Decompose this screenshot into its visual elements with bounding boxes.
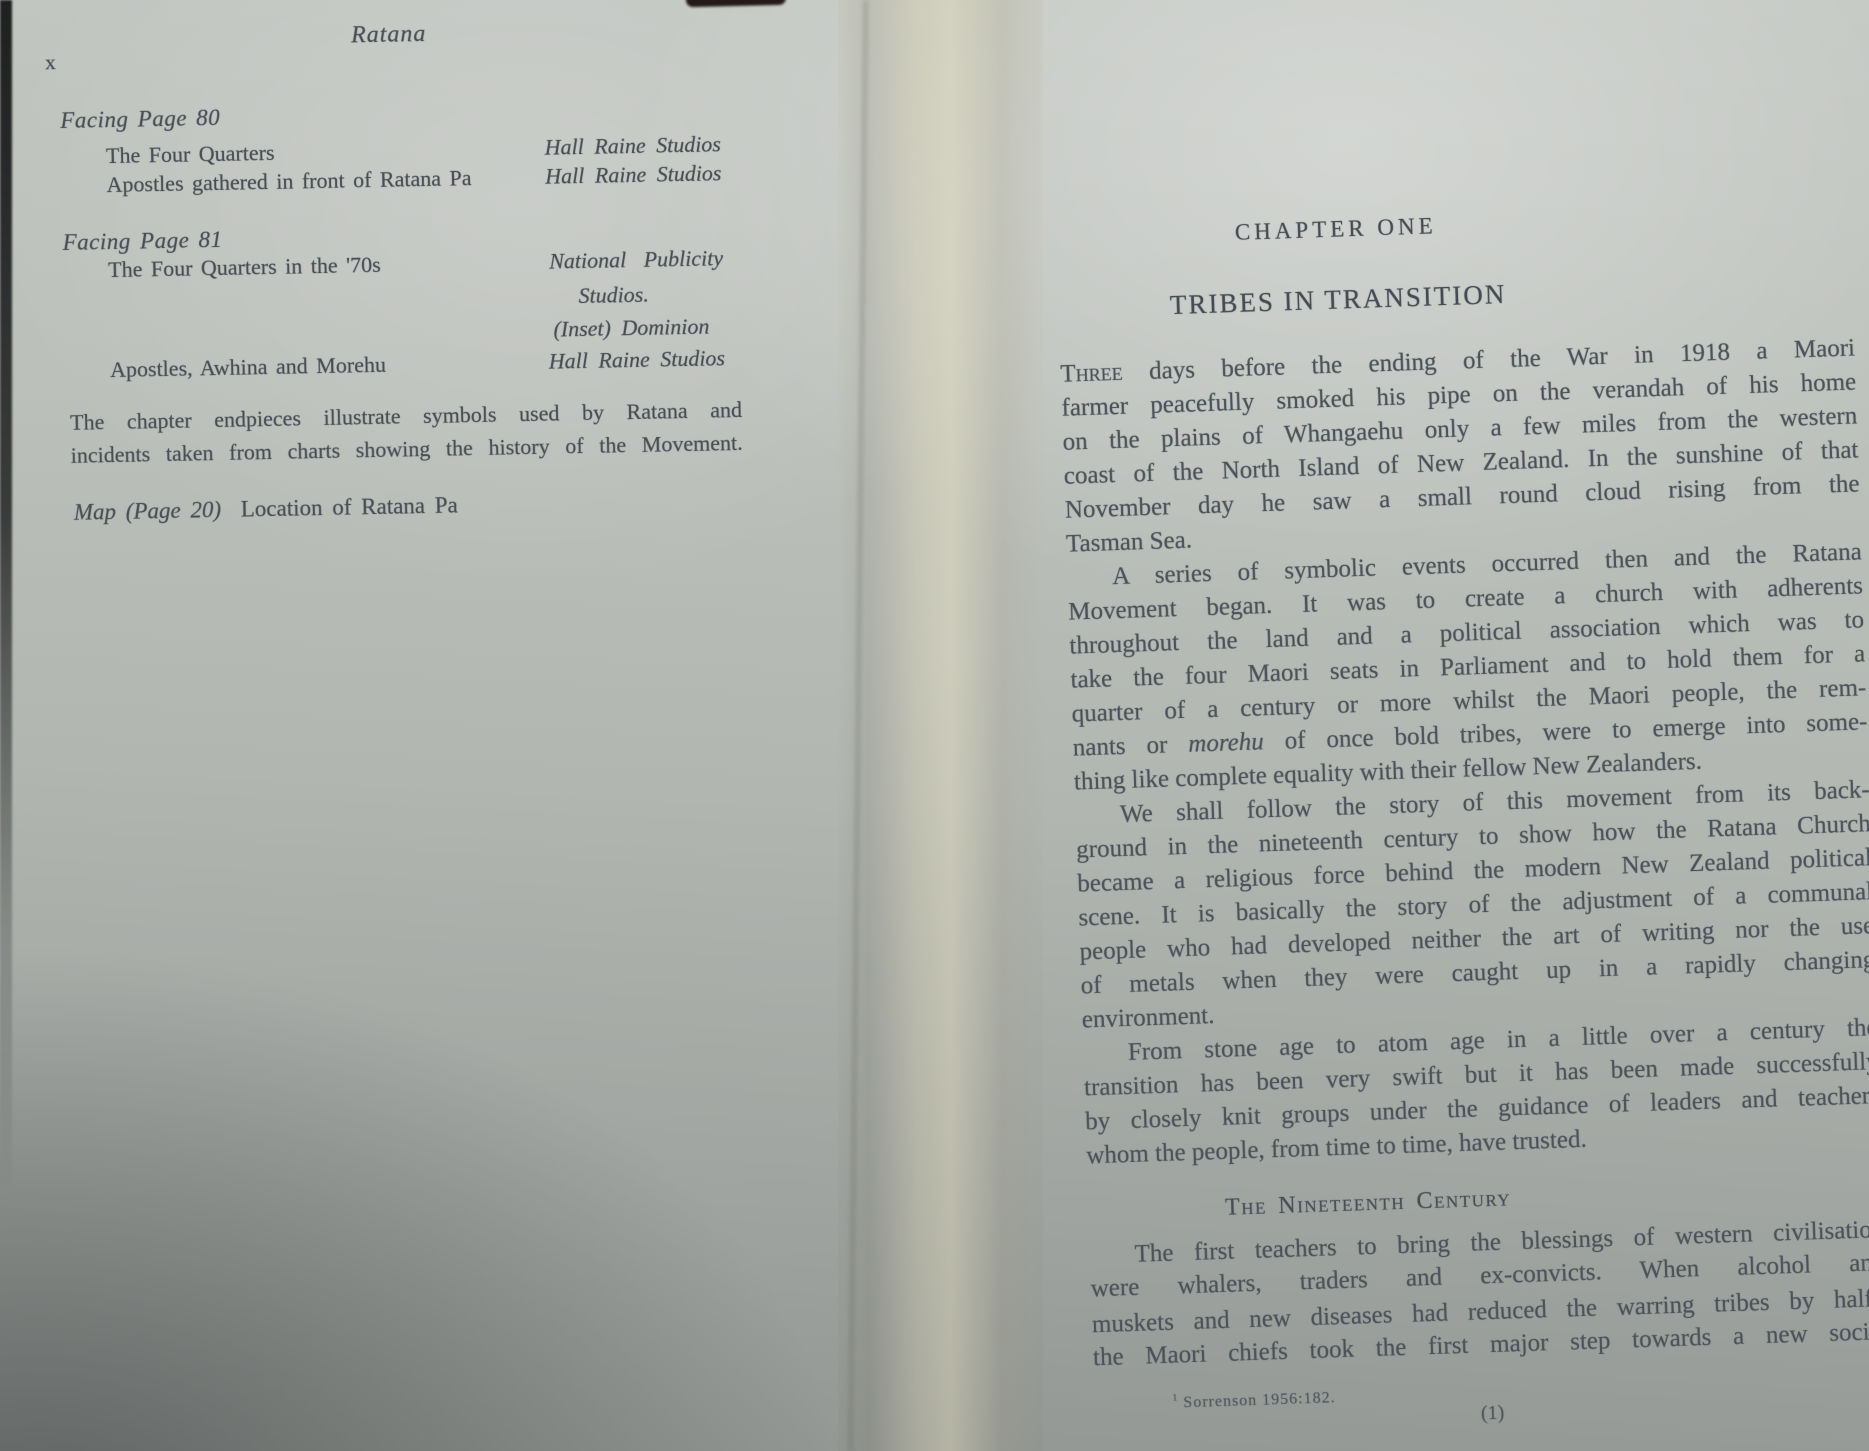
illustration-row: Apostles, Awhina and Morehu Hall Raine S…: [65, 345, 725, 384]
illustration-credit: Hall Raine Studios: [544, 131, 721, 160]
illustration-credit: Studios.: [578, 282, 649, 309]
endpieces-note: The chapter endpieces illustrate symbols…: [70, 393, 743, 472]
chapter-title: TRIBES IN TRANSITION: [1058, 275, 1619, 325]
open-book-photo: x Ratana Facing Page 80 The Four Quarter…: [0, 0, 1869, 1451]
illustration-title: Apostles, Awhina and Morehu: [65, 352, 386, 384]
illustration-row: Studios.: [64, 280, 724, 319]
illustration-credit: Hall Raine Studios: [545, 160, 722, 189]
chapter-body: Three days before the ending of the War …: [1060, 331, 1869, 1173]
running-header: Ratana: [59, 15, 719, 55]
illustration-credit: (Inset) Dominion: [553, 314, 709, 343]
book-left-edge-shadow: [0, 0, 12, 1451]
section-heading-nineteenth-century: The Nineteenth Century: [1088, 1181, 1649, 1227]
chapter-body-continued: The first teachers to bring the blessing…: [1089, 1213, 1869, 1374]
illustration-row: (Inset) Dominion: [64, 313, 724, 352]
book-gutter-shading: [838, 0, 1043, 1451]
page-folio: x: [45, 50, 56, 75]
facing-page-80-heading: Facing Page 80: [60, 105, 220, 134]
illustration-title: [64, 292, 109, 319]
illustration-credit: Hall Raine Studios: [549, 345, 726, 374]
illustration-title: The Four Quarters in the '70s: [63, 252, 381, 284]
gutter-top-shadow: [686, 0, 786, 7]
facing-page-81-heading: Facing Page 81: [62, 227, 222, 256]
chapter-label: CHAPTER ONE: [1055, 207, 1616, 252]
illustration-title: The Four Quarters: [61, 140, 275, 170]
map-caption-roman: Location of Ratana Pa: [241, 492, 458, 521]
illustration-title: Apostles gathered in front of Ratana Pa: [61, 165, 471, 199]
illustration-title: [64, 325, 109, 352]
footnote-marker: 1: [1172, 1392, 1178, 1403]
map-caption-italic: Map (Page 20): [74, 497, 222, 525]
map-caption: Map (Page 20) Location of Ratana Pa: [74, 492, 458, 525]
illustration-credit: National Publicity: [549, 245, 723, 274]
